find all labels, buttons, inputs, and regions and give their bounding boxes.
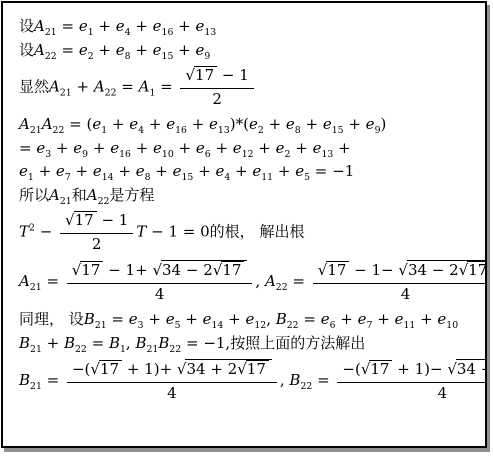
- formula-line-5: = e3 + e9 + e16 + e10 + e6 + e12 + e2 + …: [19, 139, 475, 159]
- formula-line-8: T2 − √17 − 12T − 1 = 0的根， 解出根: [19, 211, 475, 254]
- formula-line-12: B21 = −(√17 + 1)+ √34 + 2√174, B22 = −(√…: [19, 359, 475, 403]
- formula-line-3: 显然A21 + A22 = A1 = √17 − 12: [19, 66, 475, 109]
- formula-line-2: 设A22 = e2 + e8 + e15 + e9: [19, 41, 475, 61]
- screenshot-root: 设A21 = e1 + e4 + e16 + e13 设A22 = e2 + e…: [0, 0, 493, 456]
- math-document-page: 设A21 = e1 + e4 + e16 + e13 设A22 = e2 + e…: [1, 1, 487, 448]
- formula-line-4: A21A22 = (e1 + e4 + e16 + e13)*(e2 + e8 …: [19, 115, 475, 135]
- formula-line-1: 设A21 = e1 + e4 + e16 + e13: [19, 17, 475, 37]
- formula-line-11: B21 + B22 = B1, B21B22 = −1,按照上面的方法解出: [19, 334, 475, 354]
- formula-line-6: e1 + e7 + e14 + e8 + e15 + e4 + e11 + e5…: [19, 162, 475, 182]
- formula-line-10: 同理， 设B21 = e3 + e5 + e14 + e12, B22 = e6…: [19, 310, 475, 330]
- formula-line-9: A21 = √17 − 1+ √34 − 2√174, A22 = √17 − …: [19, 260, 475, 304]
- formula-line-7: 所以A21和A22是方程: [19, 186, 475, 206]
